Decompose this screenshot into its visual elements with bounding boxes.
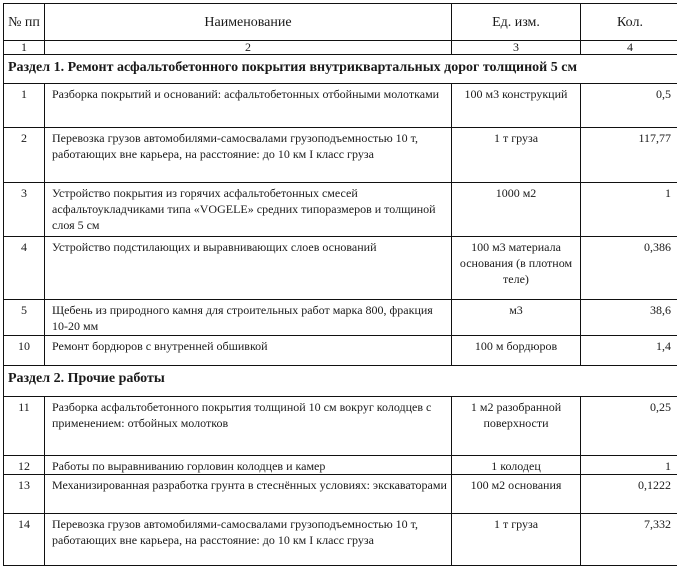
row-number: 13 xyxy=(4,475,45,514)
table-row: 14 Перевозка грузов автомобилями-самосва… xyxy=(4,514,677,566)
table-row: 13 Механизированная разработка грунта в … xyxy=(4,475,677,514)
table-row: 11 Разборка асфальтобетонного покрытия т… xyxy=(4,397,677,456)
row-name: Щебень из природного камня для строитель… xyxy=(45,300,452,336)
row-number: 11 xyxy=(4,397,45,456)
section-title: Раздел 1. Ремонт асфальтобетонного покры… xyxy=(4,55,677,84)
row-unit: 1 колодец xyxy=(452,456,581,475)
section-title: Раздел 2. Прочие работы xyxy=(4,366,677,397)
row-name: Работы по выравниванию горловин колодцев… xyxy=(45,456,452,475)
work-estimate-table: № пп Наименование Ед. изм. Кол. 1 2 3 4 … xyxy=(3,3,677,566)
row-unit: м3 xyxy=(452,300,581,336)
row-qty: 117,77 xyxy=(581,128,677,183)
row-qty: 1,4 xyxy=(581,336,677,366)
row-name: Перевозка грузов автомобилями-самосвалам… xyxy=(45,128,452,183)
header-num: № пп xyxy=(4,4,45,41)
row-number: 4 xyxy=(4,237,45,300)
row-unit: 100 м2 основания xyxy=(452,475,581,514)
column-number: 1 xyxy=(4,41,45,55)
row-unit: 1 т груза xyxy=(452,514,581,566)
row-unit: 1000 м2 xyxy=(452,183,581,237)
row-qty: 38,6 xyxy=(581,300,677,336)
row-name: Устройство покрытия из горячих асфальтоб… xyxy=(45,183,452,237)
row-unit: 1 т груза xyxy=(452,128,581,183)
table-row: 3 Устройство покрытия из горячих асфальт… xyxy=(4,183,677,237)
row-qty: 0,5 xyxy=(581,84,677,128)
column-number: 4 xyxy=(581,41,677,55)
column-number-row: 1 2 3 4 xyxy=(4,41,677,55)
table-row: 4 Устройство подстилающих и выравнивающи… xyxy=(4,237,677,300)
row-name: Механизированная разработка грунта в сте… xyxy=(45,475,452,514)
row-name: Устройство подстилающих и выравнивающих … xyxy=(45,237,452,300)
row-qty: 0,25 xyxy=(581,397,677,456)
row-number: 12 xyxy=(4,456,45,475)
row-qty: 1 xyxy=(581,456,677,475)
column-number: 2 xyxy=(45,41,452,55)
row-number: 1 xyxy=(4,84,45,128)
row-unit: 100 м бордюров xyxy=(452,336,581,366)
table-row: 2 Перевозка грузов автомобилями-самосвал… xyxy=(4,128,677,183)
row-unit: 100 м3 материала основания (в плотном те… xyxy=(452,237,581,300)
table-row: 1 Разборка покрытий и оснований: асфальт… xyxy=(4,84,677,128)
document-page: № пп Наименование Ед. изм. Кол. 1 2 3 4 … xyxy=(3,3,677,566)
row-qty: 0,386 xyxy=(581,237,677,300)
row-number: 5 xyxy=(4,300,45,336)
row-qty: 0,1222 xyxy=(581,475,677,514)
section-header-row: Раздел 2. Прочие работы xyxy=(4,366,677,397)
row-number: 2 xyxy=(4,128,45,183)
table-header-row: № пп Наименование Ед. изм. Кол. xyxy=(4,4,677,41)
row-qty: 1 xyxy=(581,183,677,237)
row-unit: 100 м3 конструкций xyxy=(452,84,581,128)
row-name: Ремонт бордюров с внутренней обшивкой xyxy=(45,336,452,366)
header-unit: Ед. изм. xyxy=(452,4,581,41)
column-number: 3 xyxy=(452,41,581,55)
row-name: Разборка асфальтобетонного покрытия толщ… xyxy=(45,397,452,456)
header-qty: Кол. xyxy=(581,4,677,41)
section-header-row: Раздел 1. Ремонт асфальтобетонного покры… xyxy=(4,55,677,84)
row-unit: 1 м2 разобранной поверхности xyxy=(452,397,581,456)
table-row: 12 Работы по выравниванию горловин колод… xyxy=(4,456,677,475)
row-number: 10 xyxy=(4,336,45,366)
table-row: 5 Щебень из природного камня для строите… xyxy=(4,300,677,336)
row-name: Разборка покрытий и оснований: асфальтоб… xyxy=(45,84,452,128)
header-name: Наименование xyxy=(45,4,452,41)
row-number: 14 xyxy=(4,514,45,566)
row-qty: 7,332 xyxy=(581,514,677,566)
row-number: 3 xyxy=(4,183,45,237)
table-row: 10 Ремонт бордюров с внутренней обшивкой… xyxy=(4,336,677,366)
row-name: Перевозка грузов автомобилями-самосвалам… xyxy=(45,514,452,566)
